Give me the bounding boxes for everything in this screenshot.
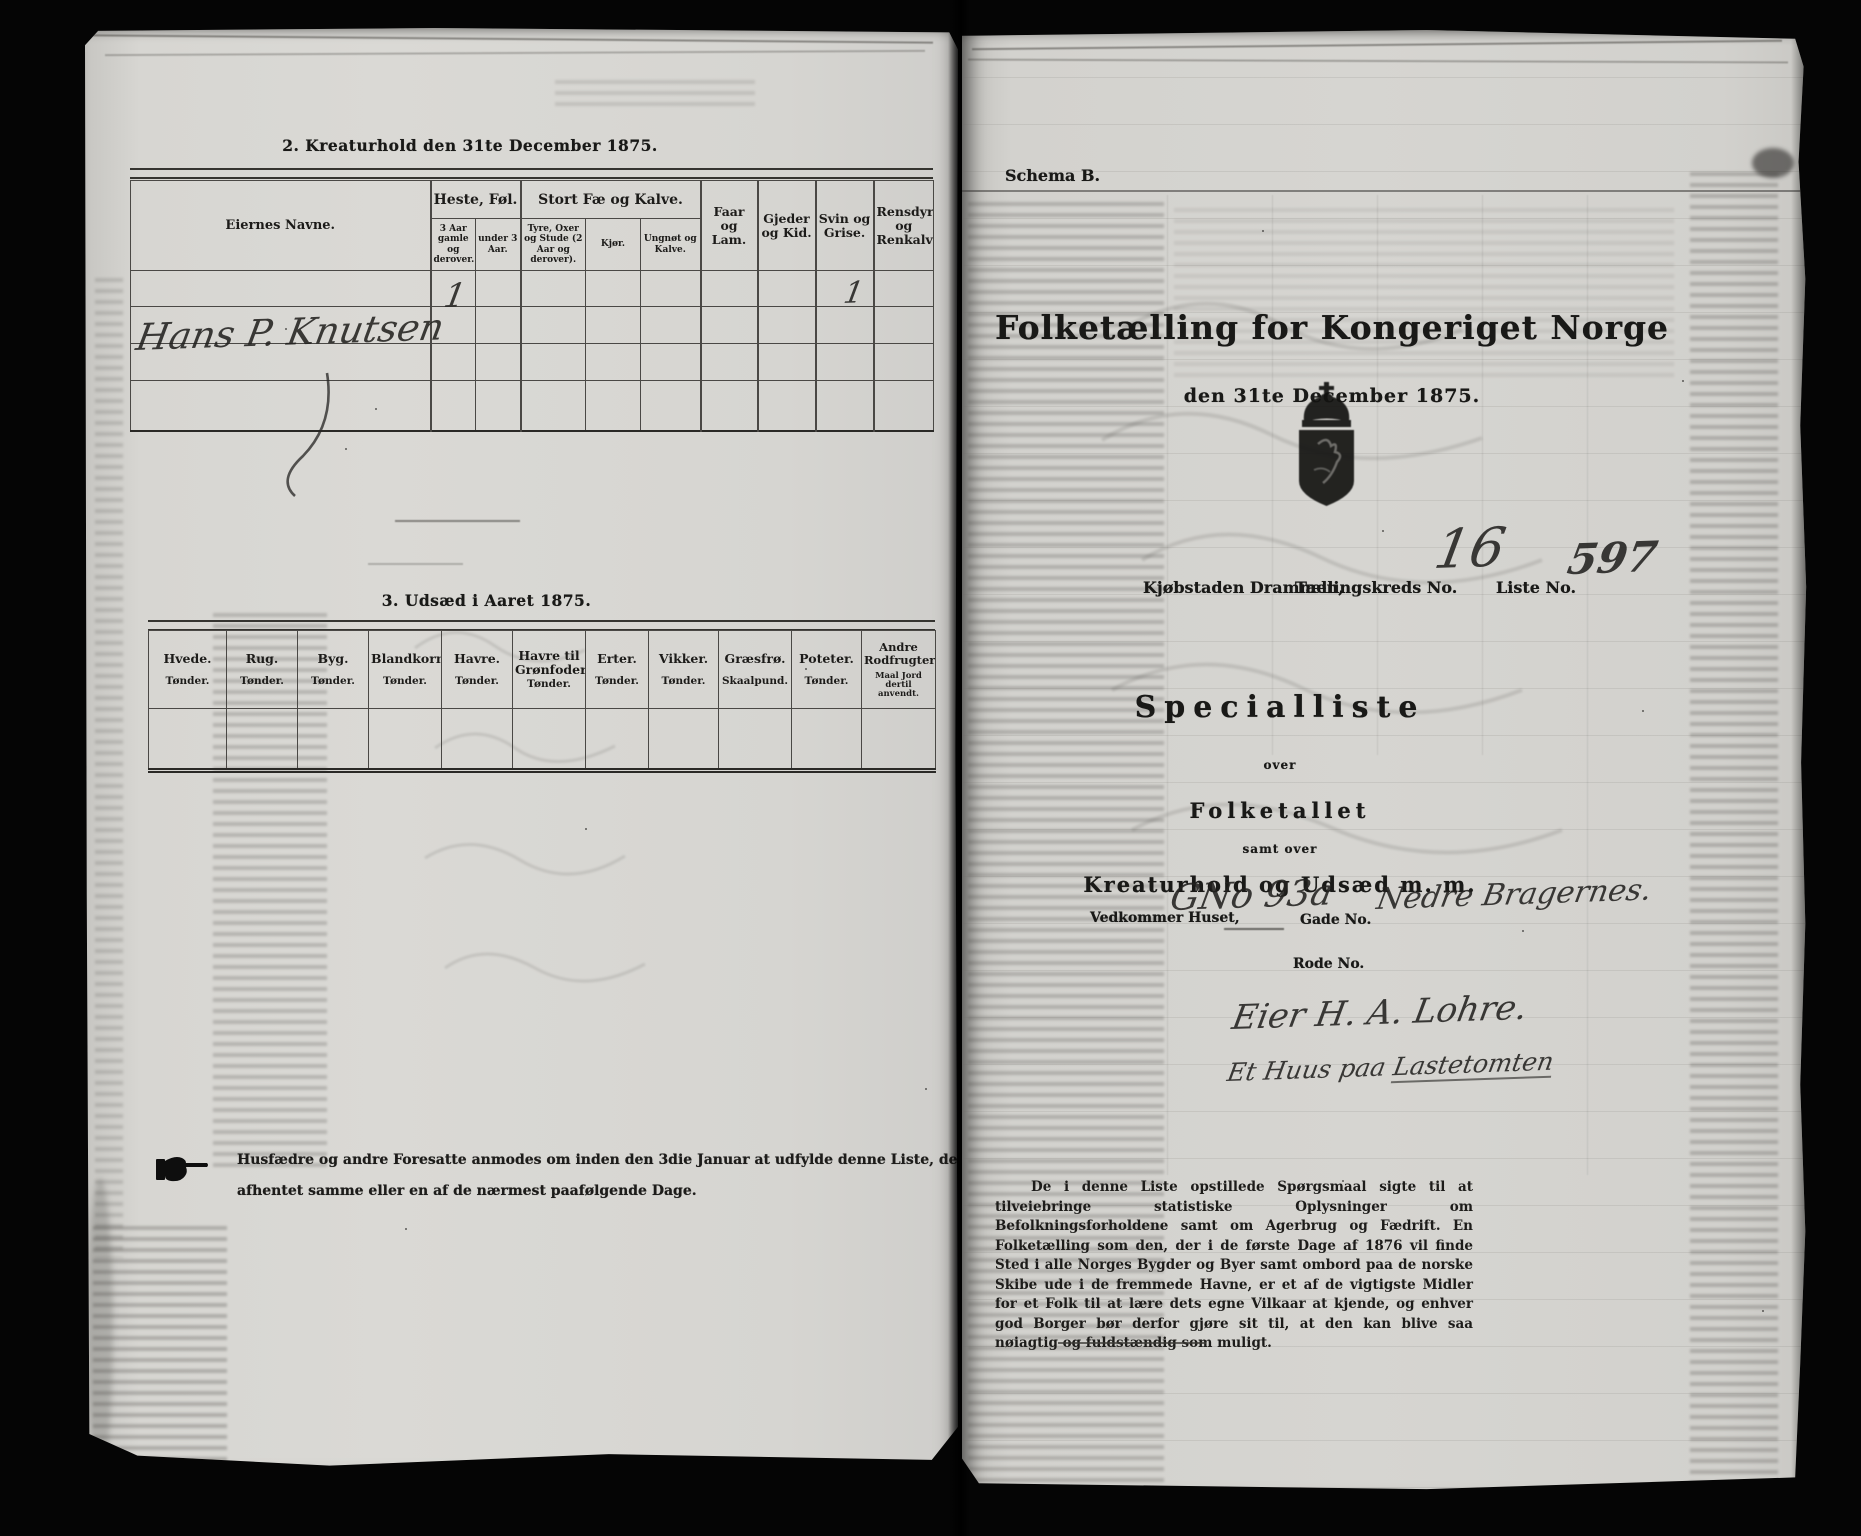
col-vikker: Vikker.Tønder. (649, 631, 719, 709)
col-eiernes-navne: Eiernes Navne. (131, 181, 431, 271)
col-rug: Rug.Tønder. (227, 631, 298, 709)
col-kjor: Kjør. (586, 219, 641, 271)
gade-label: Gade No. (1300, 912, 1371, 928)
closing-rule (1058, 1342, 1206, 1344)
ghost-text-right-margin (1690, 172, 1778, 1502)
over-label: over (1264, 758, 1297, 772)
instruction-paragraph: De i denne Liste opstillede Spørgsmaal s… (995, 1178, 1473, 1354)
page-crease (105, 50, 925, 56)
main-title: Folketælling for Kongeriget Norge (995, 308, 1669, 347)
col-havre: Havre.Tønder. (442, 631, 513, 709)
rode-label: Rode No. (1293, 956, 1364, 972)
col-erter: Erter.Tønder. (586, 631, 649, 709)
left-page: 2. Kreaturhold den 31te December 1875. E… (85, 28, 958, 1470)
col-tyre: Tyre, Oxer og Stude (2 Aar og derover). (521, 219, 586, 271)
udsaed-title: 3. Udsæd i Aaret 1875. (93, 591, 880, 610)
col-group-stort-fae: Stort Fæ og Kalve. (521, 181, 701, 219)
folketallet-label: Folketallet (1190, 798, 1371, 823)
col-heste-3aar: 3 Aar gamle og derover. (431, 219, 476, 271)
header-rule (962, 190, 1807, 192)
manicule-pointing-hand-icon (155, 1154, 209, 1184)
col-havre-gronfoder: Havre til Grønfoder.Tønder. (513, 631, 586, 709)
col-faar-lam: Faar og Lam. (701, 181, 758, 271)
table-top-rule (130, 168, 933, 179)
ghost-text-top (555, 80, 755, 106)
footer-note-line1: Husfædre og andre Foresatte anmodes om i… (237, 1152, 1031, 1168)
samt-over-label: samt over (1243, 842, 1318, 856)
norway-coat-of-arms (1290, 382, 1364, 508)
col-andre-rodfrugter: Andre Rodfrugter.Maal Jord dertil anvend… (862, 631, 936, 709)
gno-underline (1224, 928, 1284, 930)
ghost-text-bottom-left (93, 1226, 227, 1466)
paper-specks (1262, 230, 1264, 232)
col-poteter: Poteter.Tønder. (792, 631, 862, 709)
col-rensdyr: Rensdyr og Renkalve. (874, 181, 934, 271)
underlined-word: Lastetomten (1391, 1047, 1557, 1084)
col-graesfro: Græsfrø.Skaalpund. (719, 631, 792, 709)
ghost-handwriting (1082, 270, 1642, 950)
ghost-dash (368, 563, 463, 565)
kreaturhold-title: 2. Kreaturhold den 31te December 1875. (85, 136, 855, 155)
page-crease (93, 34, 933, 43)
signature-flourish (265, 368, 355, 508)
kreaturhold-table: Eiernes Navne. Heste, Føl. Stort Fæ og K… (130, 180, 933, 432)
handwritten-district-number: 16 (1430, 516, 1510, 581)
col-gjeder-kid: Gjeder og Kid. (758, 181, 816, 271)
col-heste-under3: under 3 Aar. (476, 219, 521, 271)
handwritten-list-number: 597 (1564, 532, 1661, 584)
page-edge-wear (87, 1178, 113, 1478)
specialliste-title: Specialliste (1135, 690, 1426, 725)
census-book-scan: 2. Kreaturhold den 31te December 1875. E… (0, 0, 1861, 1536)
col-svin-grise: Svin og Grise. (816, 181, 874, 271)
col-group-heste: Heste, Føl. (431, 181, 521, 219)
col-blandkorn: Blandkorn.Tønder. (369, 631, 442, 709)
footer-note-line2: afhentet samme eller en af de nærmest pa… (237, 1183, 697, 1199)
schema-label: Schema B. (1005, 166, 1100, 185)
right-page: Schema B. Folketælling for Kongeriget No… (962, 30, 1807, 1495)
signature-underline (395, 520, 520, 522)
udsaed-table: Hvede.Tønder. Rug.Tønder. Byg.Tønder. Bl… (148, 630, 935, 773)
ghost-text-left-margin (95, 278, 123, 1258)
cell-owner (131, 271, 431, 307)
col-ungnot: Ungnøt og Kalve. (641, 219, 701, 271)
col-hvede: Hvede.Tønder. (149, 631, 227, 709)
col-byg: Byg.Tønder. (298, 631, 369, 709)
